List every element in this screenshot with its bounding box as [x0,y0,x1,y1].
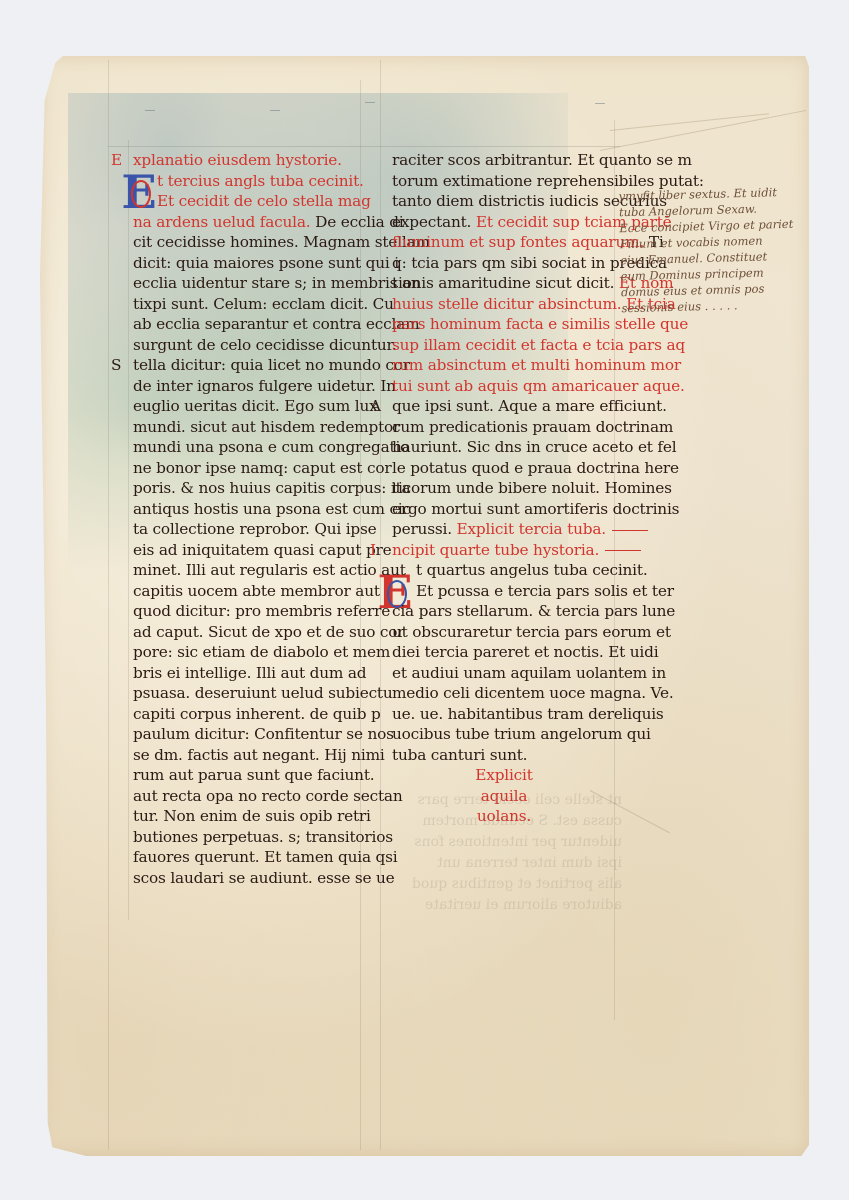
text-line: euglio ueritas dicit. Ego sum lux [133,396,361,417]
line-text: le potatus quod e praua doctrina here [392,459,679,477]
line-text: que ipsi sunt. Aque a mare efficiunt. [392,397,667,415]
line-text: raciter scos arbitrantur. Et quanto se m [392,151,692,169]
text-line: ticorum unde bibere noluit. Homines [392,478,616,499]
text-line: ergo mortui sunt amortiferis doctrinis [392,499,616,520]
text-line: huius stelle dicitur absinctum. Et tcia [392,294,616,315]
line-text: ticorum unde bibere noluit. Homines [392,479,672,497]
line-text: tixpi sunt. Celum: ecclam dicit. Cu [133,295,394,313]
text-line: tui sunt ab aquis qm amaricauer aque. [392,376,616,397]
text-line: ecclia uidentur stare s; in membris an [133,273,361,294]
line-text: fluminum et sup fontes aquarum. [392,233,644,251]
text-line: t tercius angls tuba cecinit. [133,171,361,192]
text-line: na ardens uelud facula. De ecclia di [133,212,361,233]
line-text: ut obscuraretur tercia pars eorum et [392,623,671,641]
line-text: hauriunt. Sic dns in cruce aceto et fel [392,438,676,456]
line-text-continuation: De ecclia di [310,213,403,231]
text-line: Explicit [392,765,616,786]
text-line: eis ad iniquitatem quasi caput pre [133,540,361,561]
line-text: psuasa. deseruiunt uelud subiectu [133,684,393,702]
line-text: xplanatio eiusdem hystorie. [133,151,342,169]
line-text: na ardens uelud facula. [133,213,310,231]
line-text: mundi. sicut aut hisdem redemptor [133,418,400,436]
marginal-letter: E [111,150,122,171]
text-line: cum predicationis prauam doctrinam [392,417,616,438]
text-line: capitis uocem abte membror aut [133,581,361,602]
text-line: t quartus angelus tuba cecinit. [392,560,616,581]
text-line: Incipit quarte tube hystoria. [392,540,616,561]
line-text: ta collectione reprobor. Qui ipse [133,520,377,538]
line-text: ad caput. Sicut de xpo et de suo cor [133,623,404,641]
rubric-line-filler [612,530,648,531]
line-text: fauores querunt. Et tamen quia qsi [133,848,397,866]
line-text: tella dicitur: quia licet no mundo cor [133,356,410,374]
text-line: rum absinctum et multi hominum mor [392,355,616,376]
line-text: antiqus hostis una psona est cum cic [133,500,411,518]
text-line: ue. ue. habitantibus tram dereliquis [392,704,616,725]
text-line: ut obscuraretur tercia pars eorum et [392,622,616,643]
line-text: sup illam cecidit et facta e tcia pars a… [392,336,685,354]
text-line: de inter ignaros fulgere uidetur. In [133,376,361,397]
line-text: se dm. factis aut negant. Hij nimi [133,746,385,764]
line-text: eis ad iniquitatem quasi caput pre [133,541,392,559]
text-line: torum extimatione reprehensibiles putat: [392,171,616,192]
text-line: perussi. Explicit tercia tuba. [392,519,616,540]
line-text: quod dicitur: pro membris referre [133,602,390,620]
line-text: dicit: quia maiores psone sunt qui i [133,254,399,272]
text-line: mundi una psona e cum congregatio [133,437,361,458]
text-line: et audiui unam aquilam uolantem in [392,663,616,684]
marginal-letter: A [370,396,381,417]
line-text: ue. ue. habitantibus tram dereliquis [392,705,664,723]
text-line: dicit: quia maiores psone sunt qui i [133,253,361,274]
text-line: q: tcia pars qm sibi sociat in predica [392,253,616,274]
line-text: t quartus angelus tuba cecinit. [416,561,647,579]
line-text: bris ei intellige. Illi aut dum ad [133,664,366,682]
line-text: pars hominum facta e similis stelle que [392,315,688,333]
text-line: tuba canturi sunt. [392,745,616,766]
text-line: psuasa. deseruiunt uelud subiectu [133,683,361,704]
text-column-right: raciter scos arbitrantur. Et quanto se m… [392,150,616,827]
text-line: aut recta opa no recto corde sectan [133,786,361,807]
line-text: mundi una psona e cum congregatio [133,438,409,456]
line-text: Et pcussa e tercia pars solis et ter [416,582,674,600]
text-line: Et cecidit de celo stella mag [133,191,361,212]
text-line: medio celi dicentem uoce magna. Ve. [392,683,616,704]
line-text: de inter ignaros fulgere uidetur. In [133,377,396,395]
line-text: rum absinctum et multi hominum mor [392,356,681,374]
text-line: sup illam cecidit et facta e tcia pars a… [392,335,616,356]
text-line: rum aut parua sunt que faciunt. [133,765,361,786]
pricking-mark [145,110,155,111]
line-text: diei tercia pareret et noctis. Et uidi [392,643,658,661]
line-text: euglio ueritas dicit. Ego sum lux [133,397,378,415]
line-text: et audiui unam aquilam uolantem in [392,664,666,682]
text-line: ne bonor ipse namq: caput est cor [133,458,361,479]
text-line: quod dicitur: pro membris referre [133,601,361,622]
text-line: tionis amaritudine sicut dicit. Et nom [392,273,616,294]
line-text: pore: sic etiam de diabolo et mem [133,643,390,661]
text-line: se dm. factis aut negant. Hij nimi [133,745,361,766]
line-text: tuba canturi sunt. [392,746,527,764]
text-line: Explanatio eiusdem hystorie. [133,150,361,171]
text-line: tur. Non enim de suis opib retri [133,806,361,827]
text-line: tixpi sunt. Celum: ecclam dicit. Cu [133,294,361,315]
text-line: pore: sic etiam de diabolo et mem [133,642,361,663]
marginal-letter: I [370,540,376,561]
text-line: scos laudari se audiunt. esse se ue [133,868,361,889]
line-text: tui sunt ab aquis qm amaricauer aque. [392,377,685,395]
marginal-letter: S [111,355,121,376]
text-line: ab ecclia separantur et contra ecclam [133,314,361,335]
line-text: ab ecclia separantur et contra ecclam [133,315,419,333]
ruling-left-inner [128,140,129,920]
line-text: cia pars stellarum. & tercia pars lune [392,602,675,620]
line-text: minet. Illi aut regularis est actio aut [133,561,406,579]
line-text: capiti corpus inherent. de quib p [133,705,381,723]
marginal-annotation: ymyfit liber sextus. Et uidittuba Angelo… [618,184,796,317]
text-line: hauriunt. Sic dns in cruce aceto et fel [392,437,616,458]
pricking-mark [365,102,375,103]
text-line: fluminum et sup fontes aquarum. Ti [392,232,616,253]
line-text: ergo mortui sunt amortiferis doctrinis [392,500,679,518]
line-text: tur. Non enim de suis opib retri [133,807,371,825]
line-text: Explicit [475,766,532,784]
line-text-continuation: Explicit tercia tuba. [452,520,606,538]
text-line: tanto diem districtis iudicis securius [392,191,616,212]
ruling-left-outer [108,60,109,1150]
line-text: tionis amaritudine sicut dicit. [392,274,614,292]
text-line: paulum dicitur: Confitentur se nos [133,724,361,745]
pricking-mark [595,103,605,104]
text-line: poris. & nos huius capitis corpus: ita [133,478,361,499]
line-text: ecclia uidentur stare s; in membris an [133,274,421,292]
text-line: diei tercia pareret et noctis. Et uidi [392,642,616,663]
text-line: pars hominum facta e similis stelle que [392,314,616,335]
line-text: poris. & nos huius capitis corpus: ita [133,479,410,497]
rubric-line-filler [605,550,641,551]
line-text: cit cecidisse homines. Magnam stellam [133,233,430,251]
text-line: Aque ipsi sunt. Aque a mare efficiunt. [392,396,616,417]
line-text: cum predicationis prauam doctrinam [392,418,673,436]
text-line: Et pcussa e tercia pars solis et ter [392,581,616,602]
line-text: capitis uocem abte membror aut [133,582,380,600]
text-line: cia pars stellarum. & tercia pars lune [392,601,616,622]
text-line: expectant. Et cecidit sup tciam partē [392,212,616,233]
line-text: aut recta opa no recto corde sectan [133,787,403,805]
pricking-mark [270,110,280,111]
ruling-top [108,146,620,147]
line-text: paulum dicitur: Confitentur se nos [133,725,394,743]
text-line: le potatus quod e praua doctrina here [392,458,616,479]
line-text: ncipit quarte tube hystoria. [392,541,599,559]
line-text: medio celi dicentem uoce magna. Ve. [392,684,674,702]
line-text: rum aut parua sunt que faciunt. [133,766,374,784]
text-line: raciter scos arbitrantur. Et quanto se m [392,150,616,171]
text-line: uocibus tube trium angelorum qui [392,724,616,745]
text-line: antiqus hostis una psona est cum cic [133,499,361,520]
text-line: bris ei intellige. Illi aut dum ad [133,663,361,684]
line-text: scos laudari se audiunt. esse se ue [133,869,395,887]
text-line: minet. Illi aut regularis est actio aut [133,560,361,581]
text-line: butiones perpetuas. s; transitorios [133,827,361,848]
text-line: ad caput. Sicut de xpo et de suo cor [133,622,361,643]
line-text: expectant. [392,213,471,231]
line-text: Et cecidit de celo stella mag [157,192,371,210]
line-text: uocibus tube trium angelorum qui [392,725,651,743]
line-text: ne bonor ipse namq: caput est cor [133,459,391,477]
text-line: surgunt de celo cecidisse dicuntur. [133,335,361,356]
line-text: t tercius angls tuba cecinit. [157,172,364,190]
text-line: mundi. sicut aut hisdem redemptor [133,417,361,438]
text-line: capiti corpus inherent. de quib p [133,704,361,725]
line-text: butiones perpetuas. s; transitorios [133,828,393,846]
show-through-text: nt stelle celi cecid terre pars cussa es… [392,790,622,916]
text-line: Stella dicitur: quia licet no mundo cor [133,355,361,376]
text-line: ta collectione reprobor. Qui ipse [133,519,361,540]
text-line: fauores querunt. Et tamen quia qsi [133,847,361,868]
text-column-left: Explanatio eiusdem hystorie.t tercius an… [133,150,361,888]
text-line: cit cecidisse homines. Magnam stellam [133,232,361,253]
line-text: perussi. [392,520,452,538]
line-text: surgunt de celo cecidisse dicuntur. [133,336,397,354]
